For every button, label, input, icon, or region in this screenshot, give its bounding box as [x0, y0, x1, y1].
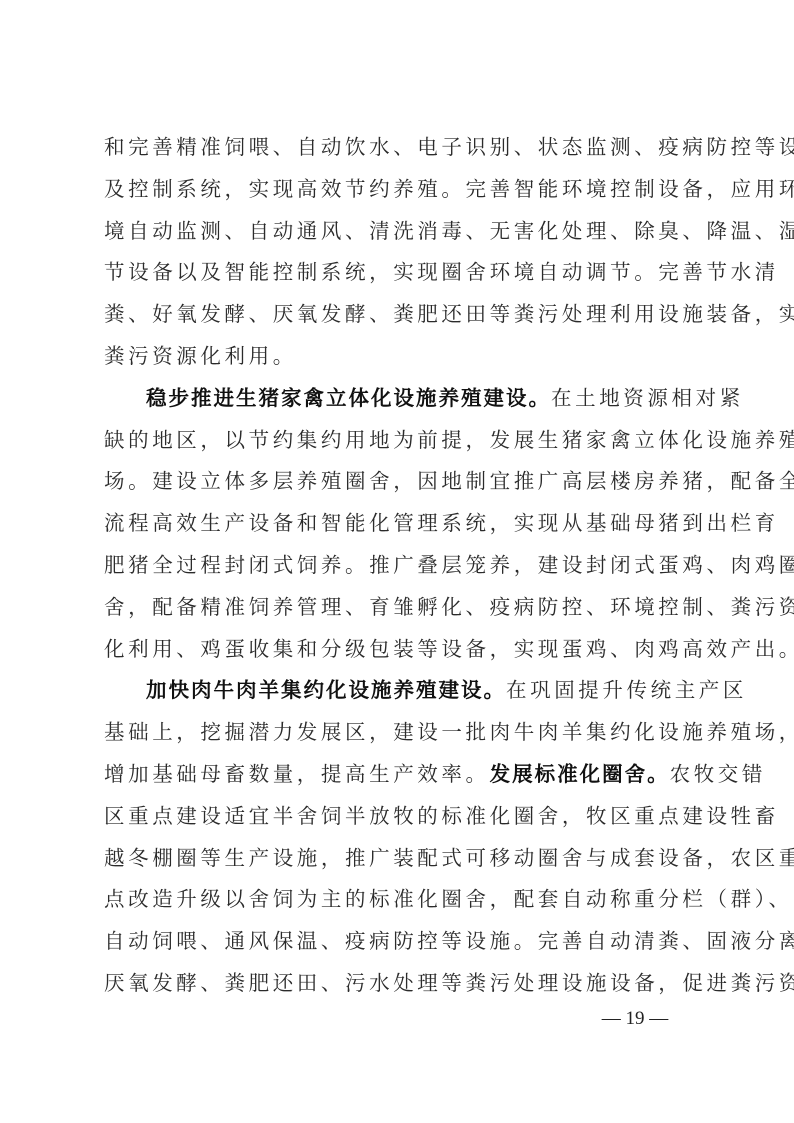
text-line: 厌氧发酵、粪肥还田、污水处理等粪污处理设施设备，促进粪污资 [104, 963, 692, 1005]
text-segment: 缺的地区，以节约集约用地为前提，发展生猪家禽立体化设施养殖 [104, 428, 794, 452]
text-line: 自动饲喂、通风保温、疫病防控等设施。完善自动清粪、固液分离、 [104, 921, 692, 963]
text-segment: 及控制系统，实现高效节约养殖。完善智能环境控制设备，应用环 [104, 177, 794, 201]
text-line: 化利用、鸡蛋收集和分级包装等设备，实现蛋鸡、肉鸡高效产出。 [104, 629, 692, 671]
text-segment: 在巩固提升传统主产区 [506, 678, 747, 702]
text-line: 舍，配备精准饲养管理、育雏孵化、疫病防控、环境控制、粪污资源 [104, 587, 692, 629]
text-line: 基础上，挖掘潜力发展区，建设一批肉牛肉羊集约化设施养殖场， [104, 712, 692, 754]
text-segment: 化利用、鸡蛋收集和分级包装等设备，实现蛋鸡、肉鸡高效产出。 [104, 637, 794, 661]
text-line: 节设备以及智能控制系统，实现圈舍环境自动调节。完善节水清 [104, 252, 692, 294]
bold-heading: 稳步推进生猪家禽立体化设施养殖建设。 [146, 386, 551, 410]
text-line: 场。建设立体多层养殖圈舍，因地制宜推广高层楼房养猪，配备全 [104, 461, 692, 503]
document-page: 和完善精准饲喂、自动饮水、电子识别、状态监测、疫病防控等设备及控制系统，实现高效… [0, 0, 794, 1123]
bold-heading: 发展标准化圈舍。 [490, 762, 670, 786]
text-segment: 舍，配备精准饲养管理、育雏孵化、疫病防控、环境控制、粪污资源 [104, 595, 794, 619]
text-line: 增加基础母畜数量，提高生产效率。发展标准化圈舍。农牧交错 [104, 754, 692, 796]
text-segment: 增加基础母畜数量，提高生产效率。 [104, 762, 490, 786]
text-line: 境自动监测、自动通风、清洗消毒、无害化处理、除臭、降温、湿度调 [104, 211, 692, 253]
text-line: 区重点建设适宜半舍饲半放牧的标准化圈舍，牧区重点建设牲畜 [104, 796, 692, 838]
page-number: — 19 — [590, 1008, 680, 1030]
text-line: 稳步推进生猪家禽立体化设施养殖建设。在土地资源相对紧 [104, 378, 692, 420]
text-segment: 和完善精准饲喂、自动饮水、电子识别、状态监测、疫病防控等设备 [104, 135, 794, 159]
text-line: 流程高效生产设备和智能化管理系统，实现从基础母猪到出栏育 [104, 503, 692, 545]
text-segment: 流程高效生产设备和智能化管理系统，实现从基础母猪到出栏育 [104, 511, 779, 535]
text-line: 粪、好氧发酵、厌氧发酵、粪肥还田等粪污处理利用设施装备，实现 [104, 294, 692, 336]
text-segment: 境自动监测、自动通风、清洗消毒、无害化处理、除臭、降温、湿度调 [104, 219, 794, 243]
text-segment: 粪污资源化利用。 [104, 344, 297, 368]
text-segment: 点改造升级以舍饲为主的标准化圈舍，配套自动称重分栏（群）、 [104, 887, 793, 911]
text-segment: 越冬棚圈等生产设施，推广装配式可移动圈舍与成套设备，农区重 [104, 846, 794, 870]
text-segment: 农牧交错 [670, 762, 766, 786]
text-segment: 厌氧发酵、粪肥还田、污水处理等粪污处理设施设备，促进粪污资 [104, 971, 794, 995]
text-segment: 节设备以及智能控制系统，实现圈舍环境自动调节。完善节水清 [104, 260, 779, 284]
text-segment: 在土地资源相对紧 [551, 386, 744, 410]
text-line: 加快肉牛肉羊集约化设施养殖建设。在巩固提升传统主产区 [104, 670, 692, 712]
text-segment: 肥猪全过程封闭式饲养。推广叠层笼养，建设封闭式蛋鸡、肉鸡圈 [104, 553, 794, 577]
text-segment: 基础上，挖掘潜力发展区，建设一批肉牛肉羊集约化设施养殖场， [104, 720, 794, 744]
text-line: 越冬棚圈等生产设施，推广装配式可移动圈舍与成套设备，农区重 [104, 838, 692, 880]
text-line: 和完善精准饲喂、自动饮水、电子识别、状态监测、疫病防控等设备 [104, 127, 692, 169]
text-line: 肥猪全过程封闭式饲养。推广叠层笼养，建设封闭式蛋鸡、肉鸡圈 [104, 545, 692, 587]
text-line: 及控制系统，实现高效节约养殖。完善智能环境控制设备，应用环 [104, 169, 692, 211]
body-text: 和完善精准饲喂、自动饮水、电子识别、状态监测、疫病防控等设备及控制系统，实现高效… [104, 127, 692, 1005]
text-segment: 自动饲喂、通风保温、疫病防控等设施。完善自动清粪、固液分离、 [104, 929, 794, 953]
text-segment: 粪、好氧发酵、厌氧发酵、粪肥还田等粪污处理利用设施装备，实现 [104, 302, 794, 326]
text-segment: 区重点建设适宜半舍饲半放牧的标准化圈舍，牧区重点建设牲畜 [104, 804, 779, 828]
text-line: 缺的地区，以节约集约用地为前提，发展生猪家禽立体化设施养殖 [104, 420, 692, 462]
text-segment: 场。建设立体多层养殖圈舍，因地制宜推广高层楼房养猪，配备全 [104, 469, 794, 493]
text-line: 点改造升级以舍饲为主的标准化圈舍，配套自动称重分栏（群）、 [104, 879, 692, 921]
bold-heading: 加快肉牛肉羊集约化设施养殖建设。 [146, 678, 506, 702]
text-line: 粪污资源化利用。 [104, 336, 692, 378]
